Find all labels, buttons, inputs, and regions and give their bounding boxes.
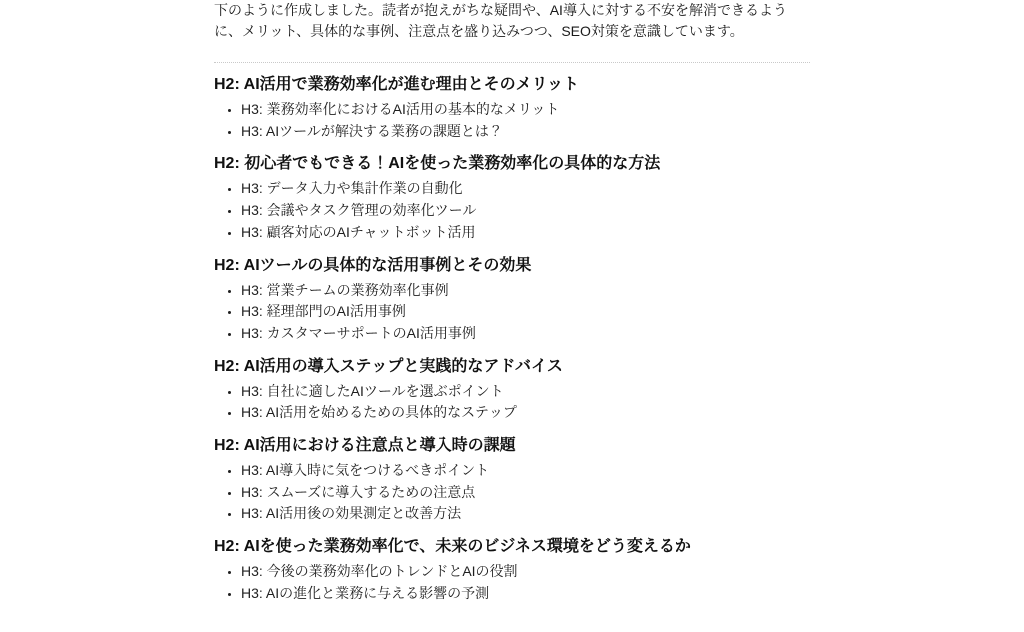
outline-section: H2: AIツールの具体的な活用事例とその効果 H3: 営業チームの業務効率化事… (214, 256, 810, 345)
h3-list-item: H3: カスタマーサポートのAI活用事例 (241, 323, 810, 345)
h3-list-item: H3: AI導入時に気をつけるべきポイント (241, 460, 810, 482)
outline-section: H2: AI活用の導入ステップと実践的なアドバイス H3: 自社に適したAIツー… (214, 357, 810, 424)
h3-list-item: H3: 営業チームの業務効率化事例 (241, 280, 810, 302)
h2-heading: H2: AI活用で業務効率化が進む理由とそのメリット (214, 75, 810, 95)
h3-list-item: H3: AIツールが解決する業務の課題とは？ (241, 121, 810, 143)
document-content: 下のように作成しました。読者が抱えがちな疑問や、AI導入に対する不安を解消できる… (214, 0, 810, 605)
section-divider (214, 62, 810, 63)
outline-section: H2: AI活用における注意点と導入時の課題 H3: AI導入時に気をつけるべき… (214, 436, 810, 525)
article-outline: H2: AI活用で業務効率化が進む理由とそのメリット H3: 業務効率化における… (214, 75, 810, 605)
h3-list: H3: データ入力や集計作業の自動化H3: 会議やタスク管理の効率化ツールH3:… (214, 178, 810, 243)
intro-paragraph: 下のように作成しました。読者が抱えがちな疑問や、AI導入に対する不安を解消できる… (214, 0, 810, 42)
h3-list: H3: 営業チームの業務効率化事例H3: 経理部門のAI活用事例H3: カスタマ… (214, 280, 810, 345)
h3-list-item: H3: AI活用を始めるための具体的なステップ (241, 402, 810, 424)
h3-list-item: H3: スムーズに導入するための注意点 (241, 482, 810, 504)
h3-list: H3: 業務効率化におけるAI活用の基本的なメリットH3: AIツールが解決する… (214, 99, 810, 142)
h3-list: H3: AI導入時に気をつけるべきポイントH3: スムーズに導入するための注意点… (214, 460, 810, 525)
h3-list-item: H3: 会議やタスク管理の効率化ツール (241, 200, 810, 222)
h3-list-item: H3: データ入力や集計作業の自動化 (241, 178, 810, 200)
h3-list-item: H3: 業務効率化におけるAI活用の基本的なメリット (241, 99, 810, 121)
outline-section: H2: 初心者でもできる！AIを使った業務効率化の具体的な方法 H3: データ入… (214, 154, 810, 243)
h2-heading: H2: AI活用における注意点と導入時の課題 (214, 436, 810, 456)
h2-heading: H2: AIを使った業務効率化で、未来のビジネス環境をどう変えるか (214, 537, 810, 557)
h2-heading: H2: AI活用の導入ステップと実践的なアドバイス (214, 357, 810, 377)
h3-list-item: H3: 顧客対応のAIチャットボット活用 (241, 222, 810, 244)
h3-list-item: H3: AIの進化と業務に与える影響の予測 (241, 583, 810, 605)
h3-list-item: H3: 経理部門のAI活用事例 (241, 301, 810, 323)
h2-heading: H2: AIツールの具体的な活用事例とその効果 (214, 256, 810, 276)
h3-list-item: H3: 自社に適したAIツールを選ぶポイント (241, 381, 810, 403)
h3-list: H3: 今後の業務効率化のトレンドとAIの役割H3: AIの進化と業務に与える影… (214, 561, 810, 604)
h3-list-item: H3: 今後の業務効率化のトレンドとAIの役割 (241, 561, 810, 583)
h3-list-item: H3: AI活用後の効果測定と改善方法 (241, 503, 810, 525)
h3-list: H3: 自社に適したAIツールを選ぶポイントH3: AI活用を始めるための具体的… (214, 381, 810, 424)
outline-section: H2: AIを使った業務効率化で、未来のビジネス環境をどう変えるか H3: 今後… (214, 537, 810, 604)
document-page: 下のように作成しました。読者が抱えがちな疑問や、AI導入に対する不安を解消できる… (0, 0, 1024, 632)
outline-section: H2: AI活用で業務効率化が進む理由とそのメリット H3: 業務効率化における… (214, 75, 810, 142)
h2-heading: H2: 初心者でもできる！AIを使った業務効率化の具体的な方法 (214, 154, 810, 174)
